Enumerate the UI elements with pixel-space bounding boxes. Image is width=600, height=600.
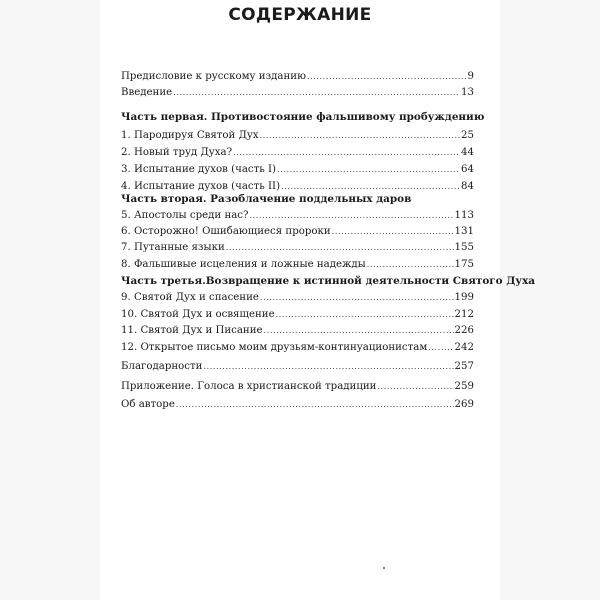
toc-entry-label: 8. Фальшивые исцеления и ложные надежды	[121, 257, 366, 273]
toc-page-number: 131	[455, 224, 474, 240]
dot-leader	[226, 240, 454, 256]
toc-page-number: 242	[455, 340, 474, 356]
toc-entry-label: Об авторе	[121, 397, 175, 413]
toc-entry-label: 1. Пародируя Святой Дух	[121, 128, 259, 144]
page-title: СОДЕРЖАНИЕ	[100, 5, 500, 25]
toc-entry-chapter[interactable]: 3. Испытание духов (часть I) 64	[121, 162, 474, 178]
toc-entry-label: Благодарности	[121, 359, 202, 375]
dot-leader	[249, 208, 453, 224]
part-heading-1[interactable]: Часть первая. Противостояние фальшивому …	[121, 109, 481, 125]
dot-leader	[377, 379, 453, 395]
toc-entry-label: 5. Апостолы среди нас?	[121, 208, 248, 224]
toc-entry-about-author[interactable]: Об авторе 269	[121, 397, 474, 413]
toc-page-number: 44	[461, 145, 474, 161]
toc-page-number: 25	[461, 128, 474, 144]
toc-entry-label: 2. Новый труд Духа?	[121, 145, 232, 161]
dot-leader	[173, 85, 460, 101]
toc-entry-label: 7. Путанные языки	[121, 240, 225, 256]
toc-entry-chapter[interactable]: 8. Фальшивые исцеления и ложные надежды …	[121, 257, 474, 273]
page-speck	[383, 567, 385, 569]
dot-leader	[203, 359, 453, 375]
part-heading-2[interactable]: Часть вторая. Разоблачение поддельных да…	[121, 191, 481, 207]
toc-page-number: 113	[455, 208, 474, 224]
toc-entry-chapter[interactable]: 10. Святой Дух и освящение 212	[121, 307, 474, 323]
toc-page-number: 13	[461, 85, 474, 101]
dot-leader	[264, 323, 454, 339]
toc-entry-acknowledgements[interactable]: Благодарности 257	[121, 359, 474, 375]
toc-entry-chapter[interactable]: 1. Пародируя Святой Дух 25	[121, 128, 474, 144]
dot-leader	[277, 162, 460, 178]
dot-leader	[176, 397, 454, 413]
toc-page-number: 199	[455, 290, 474, 306]
toc-entry-chapter[interactable]: 2. Новый труд Духа? 44	[121, 145, 474, 161]
toc-entry-chapter[interactable]: 9. Святой Дух и спасение 199	[121, 290, 474, 306]
toc-page-number: 226	[455, 323, 474, 339]
dot-leader	[332, 224, 454, 240]
toc-page-number: 9	[468, 69, 474, 85]
dot-leader	[233, 145, 460, 161]
dot-leader	[367, 257, 454, 273]
toc-entry-chapter[interactable]: 6. Осторожно! Ошибающиеся пророки 131	[121, 224, 474, 240]
toc-page-number: 175	[455, 257, 474, 273]
dot-leader	[307, 69, 467, 85]
book-page: СОДЕРЖАНИЕ Предисловие к русскому издани…	[100, 0, 500, 600]
toc-entry-label: 6. Осторожно! Ошибающиеся пророки	[121, 224, 331, 240]
toc-page-number: 64	[461, 162, 474, 178]
toc-entry-label: 12. Открытое письмо моим друзьям-контину…	[121, 340, 427, 356]
toc-entry-label: Приложение. Голоса в христианской традиц…	[121, 379, 376, 395]
toc-entry-chapter[interactable]: 12. Открытое письмо моим друзьям-контину…	[121, 340, 474, 356]
toc-entry-chapter[interactable]: 5. Апостолы среди нас? 113	[121, 208, 474, 224]
toc-entry-label: 11. Святой Дух и Писание	[121, 323, 263, 339]
toc-entry-chapter[interactable]: 11. Святой Дух и Писание 226	[121, 323, 474, 339]
toc-page-number: 212	[455, 307, 474, 323]
dot-leader	[260, 290, 454, 306]
dot-leader	[276, 307, 454, 323]
toc-entry-label: 10. Святой Дух и освящение	[121, 307, 275, 323]
dot-leader	[260, 128, 460, 144]
toc-entry-label: Введение	[121, 85, 172, 101]
toc-entry-label: 9. Святой Дух и спасение	[121, 290, 259, 306]
toc-page-number: 155	[455, 240, 474, 256]
toc-entry-appendix[interactable]: Приложение. Голоса в христианской традиц…	[121, 379, 474, 395]
toc-page-number: 269	[455, 397, 474, 413]
toc-entry-label: Предисловие к русскому изданию	[121, 69, 306, 85]
toc-entry-chapter[interactable]: 7. Путанные языки 155	[121, 240, 474, 256]
toc-page-number: 259	[455, 379, 474, 395]
toc-entry-preface[interactable]: Предисловие к русскому изданию 9	[121, 69, 474, 85]
part-heading-3[interactable]: Часть третья.Возвращение к истинной деят…	[121, 273, 481, 289]
dot-leader	[428, 340, 453, 356]
toc-page-number: 257	[455, 359, 474, 375]
toc-entry-introduction[interactable]: Введение 13	[121, 85, 474, 101]
toc-entry-label: 3. Испытание духов (часть I)	[121, 162, 276, 178]
